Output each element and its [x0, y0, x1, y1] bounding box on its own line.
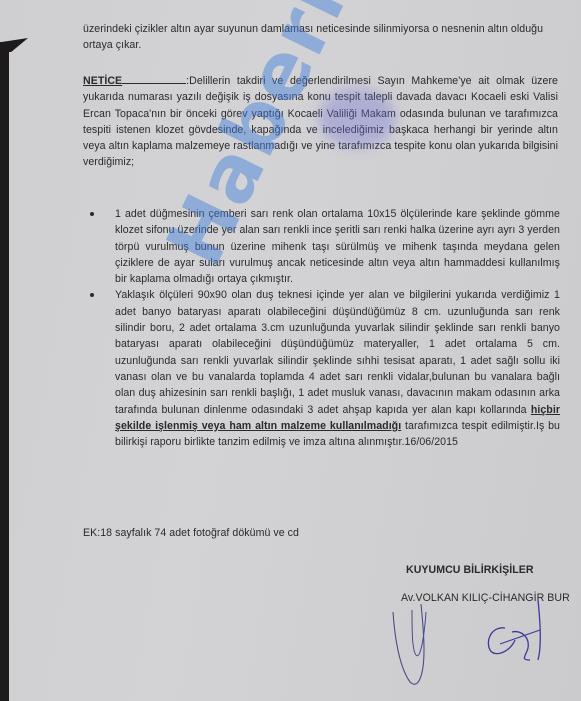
signature-icon [0, 0, 581, 701]
document-page: üzerindeki çizikler altın ayar suyunun d… [0, 0, 581, 701]
